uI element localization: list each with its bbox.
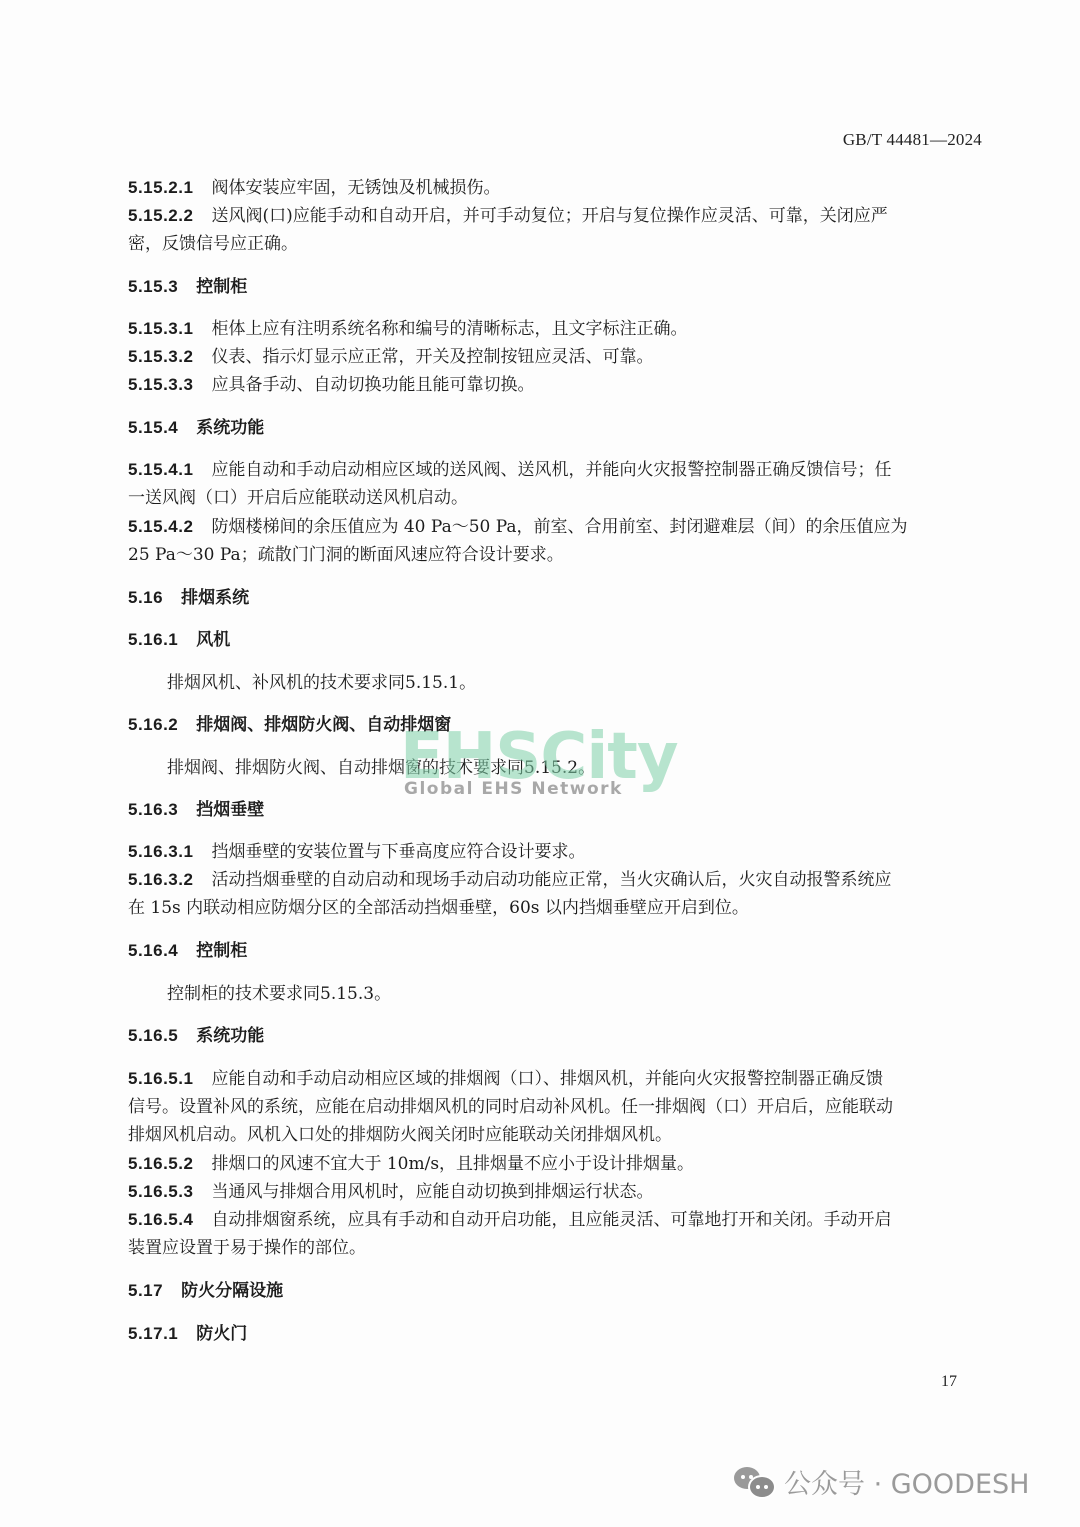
wechat-icon <box>734 1465 776 1499</box>
clause-line: 5.15.3.1柜体上应有注明系统名称和编号的清晰标志，且文字标注正确。 <box>128 315 687 343</box>
clause-text: 自动排烟窗系统，应具有手动和自动开启功能，且应能灵活、可靠地打开和关闭。手动开启 <box>211 1210 891 1230</box>
clause-number: 5.15.4 <box>128 414 178 442</box>
clause-line: 5.16.3.1挡烟垂壁的安装位置与下垂高度应符合设计要求。 <box>128 838 585 866</box>
clause-line: 5.15.3.3应具备手动、自动切换功能且能可靠切换。 <box>128 371 534 399</box>
section-heading: 5.16.1风机 <box>128 626 230 654</box>
clause-number: 5.16 <box>128 584 163 612</box>
clause-text: 一送风阀（口）开启后应能联动送风机启动。 <box>128 488 468 508</box>
clause-text: 在 15s 内联动相应防烟分区的全部活动挡烟垂壁，60s 以内挡烟垂壁应开启到位… <box>128 898 749 918</box>
clause-number: 5.15.3.2 <box>128 343 193 371</box>
heading-text: 控制柜 <box>196 941 247 961</box>
clause-line: 排烟风机启动。风机入口处的排烟防火阀关闭时应能联动关闭排烟风机。 <box>128 1121 672 1149</box>
clause-text: 25 Pa～30 Pa；疏散门门洞的断面风速应符合设计要求。 <box>128 545 564 565</box>
clause-number: 5.16.2 <box>128 711 178 739</box>
section-heading: 5.16.2排烟阀、排烟防火阀、自动排烟窗 <box>128 711 451 739</box>
clause-line: 排烟风机、补风机的技术要求同5.15.1。 <box>167 669 476 697</box>
clause-text: 仪表、指示灯显示应正常，开关及控制按钮应灵活、可靠。 <box>211 347 653 367</box>
channel-footer: 公众号 · GOODESH <box>734 1462 1029 1501</box>
section-heading: 5.17.1防火门 <box>128 1320 247 1348</box>
clause-line: 5.16.5.4自动排烟窗系统，应具有手动和自动开启功能，且应能灵活、可靠地打开… <box>128 1206 891 1234</box>
clause-number: 5.17.1 <box>128 1320 178 1348</box>
clause-line: 信号。设置补风的系统，应能在启动排烟风机的同时启动补风机。任一排烟阀（口）开启后… <box>128 1093 893 1121</box>
clause-text: 挡烟垂壁的安装位置与下垂高度应符合设计要求。 <box>211 842 585 862</box>
clause-text: 应能自动和手动启动相应区域的送风阀、送风机，并能向火灾报警控制器正确反馈信号；任 <box>211 460 891 480</box>
section-heading: 5.16.3挡烟垂壁 <box>128 796 264 824</box>
clause-text: 应具备手动、自动切换功能且能可靠切换。 <box>211 375 534 395</box>
section-heading: 5.15.4系统功能 <box>128 414 264 442</box>
clause-line: 25 Pa～30 Pa；疏散门门洞的断面风速应符合设计要求。 <box>128 541 564 569</box>
clause-number: 5.17 <box>128 1277 163 1305</box>
clause-text: 活动挡烟垂壁的自动启动和现场手动启动功能应正常，当火灾确认后，火灾自动报警系统应 <box>211 870 891 890</box>
clause-number: 5.16.3.2 <box>128 866 193 894</box>
heading-text: 风机 <box>196 630 230 650</box>
page-number: 17 <box>941 1373 957 1391</box>
standard-code: GB/T 44481—2024 <box>843 130 982 150</box>
clause-line: 5.15.4.1应能自动和手动启动相应区域的送风阀、送风机，并能向火灾报警控制器… <box>128 456 891 484</box>
clause-line: 装置应设置于易于操作的部位。 <box>128 1234 366 1262</box>
clause-number: 5.16.3.1 <box>128 838 193 866</box>
channel-label: 公众号 · GOODESH <box>784 1462 1029 1501</box>
clause-line: 5.16.5.2排烟口的风速不宜大于 10m/s，且排烟量不应小于设计排烟量。 <box>128 1150 694 1178</box>
heading-text: 排烟系统 <box>181 588 249 608</box>
heading-text: 控制柜 <box>196 277 247 297</box>
clause-text: 防烟楼梯间的余压值应为 40 Pa～50 Pa，前室、合用前室、封闭避难层（间）… <box>211 517 907 537</box>
clause-text: 送风阀(口)应能手动和自动开启，并可手动复位；开启与复位操作应灵活、可靠，关闭应… <box>211 206 887 226</box>
clause-text: 应能自动和手动启动相应区域的排烟阀（口）、排烟风机，并能向火灾报警控制器正确反馈 <box>211 1069 883 1089</box>
clause-number: 5.16.5.4 <box>128 1206 193 1234</box>
clause-line: 5.15.3.2仪表、指示灯显示应正常，开关及控制按钮应灵活、可靠。 <box>128 343 653 371</box>
clause-number: 5.15.4.1 <box>128 456 193 484</box>
section-heading: 5.16排烟系统 <box>128 584 249 612</box>
section-heading: 5.16.4控制柜 <box>128 937 247 965</box>
section-heading: 5.17防火分隔设施 <box>128 1277 283 1305</box>
clause-text: 排烟口的风速不宜大于 10m/s，且排烟量不应小于设计排烟量。 <box>211 1154 694 1174</box>
clause-text: 排烟风机启动。风机入口处的排烟防火阀关闭时应能联动关闭排烟风机。 <box>128 1125 672 1145</box>
clause-number: 5.16.5.3 <box>128 1178 193 1206</box>
clause-number: 5.15.3.1 <box>128 315 193 343</box>
clause-number: 5.15.3 <box>128 273 178 301</box>
clause-number: 5.16.3 <box>128 796 178 824</box>
heading-text: 挡烟垂壁 <box>196 800 264 820</box>
clause-line: 5.15.2.1阀体安装应牢固，无锈蚀及机械损伤。 <box>128 174 500 202</box>
watermark-tagline: Global EHS Network <box>404 779 623 799</box>
clause-text: 密，反馈信号应正确。 <box>128 234 298 254</box>
heading-text: 系统功能 <box>196 1026 264 1046</box>
heading-text: 防火门 <box>196 1324 247 1344</box>
clause-line: 密，反馈信号应正确。 <box>128 230 298 258</box>
clause-number: 5.16.1 <box>128 626 178 654</box>
clause-line: 5.16.5.3当通风与排烟合用风机时，应能自动切换到排烟运行状态。 <box>128 1178 653 1206</box>
clause-number: 5.15.2.2 <box>128 202 193 230</box>
clause-line: 5.16.5.1应能自动和手动启动相应区域的排烟阀（口）、排烟风机，并能向火灾报… <box>128 1065 883 1093</box>
heading-text: 排烟阀、排烟防火阀、自动排烟窗 <box>196 715 451 735</box>
clause-number: 5.15.3.3 <box>128 371 193 399</box>
clause-text: 阀体安装应牢固，无锈蚀及机械损伤。 <box>211 178 500 198</box>
clause-text: 信号。设置补风的系统，应能在启动排烟风机的同时启动补风机。任一排烟阀（口）开启后… <box>128 1097 893 1117</box>
clause-number: 5.16.5 <box>128 1022 178 1050</box>
clause-line: 5.15.4.2防烟楼梯间的余压值应为 40 Pa～50 Pa，前室、合用前室、… <box>128 513 908 541</box>
clause-text: 当通风与排烟合用风机时，应能自动切换到排烟运行状态。 <box>211 1182 653 1202</box>
clause-line: 一送风阀（口）开启后应能联动送风机启动。 <box>128 484 468 512</box>
clause-number: 5.16.4 <box>128 937 178 965</box>
clause-number: 5.15.4.2 <box>128 513 193 541</box>
section-heading: 5.15.3控制柜 <box>128 273 247 301</box>
clause-text: 排烟风机、补风机的技术要求同5.15.1。 <box>167 673 476 693</box>
clause-number: 5.16.5.1 <box>128 1065 193 1093</box>
clause-number: 5.16.5.2 <box>128 1150 193 1178</box>
clause-number: 5.15.2.1 <box>128 174 193 202</box>
clause-text: 控制柜的技术要求同5.15.3。 <box>167 984 391 1004</box>
heading-text: 系统功能 <box>196 418 264 438</box>
clause-line: 在 15s 内联动相应防烟分区的全部活动挡烟垂壁，60s 以内挡烟垂壁应开启到位… <box>128 894 749 922</box>
clause-line: 控制柜的技术要求同5.15.3。 <box>167 980 391 1008</box>
clause-line: 5.15.2.2送风阀(口)应能手动和自动开启，并可手动复位；开启与复位操作应灵… <box>128 202 888 230</box>
document-page: GB/T 44481—2024 5.15.2.1阀体安装应牢固，无锈蚀及机械损伤… <box>0 0 1080 1527</box>
clause-text: 装置应设置于易于操作的部位。 <box>128 1238 366 1258</box>
clause-line: 5.16.3.2活动挡烟垂壁的自动启动和现场手动启动功能应正常，当火灾确认后，火… <box>128 866 891 894</box>
section-heading: 5.16.5系统功能 <box>128 1022 264 1050</box>
clause-text: 排烟阀、排烟防火阀、自动排烟窗的技术要求同5.15.2。 <box>167 758 595 778</box>
clause-text: 柜体上应有注明系统名称和编号的清晰标志，且文字标注正确。 <box>211 319 687 339</box>
clause-line: 排烟阀、排烟防火阀、自动排烟窗的技术要求同5.15.2。 <box>167 754 595 782</box>
heading-text: 防火分隔设施 <box>181 1281 283 1301</box>
